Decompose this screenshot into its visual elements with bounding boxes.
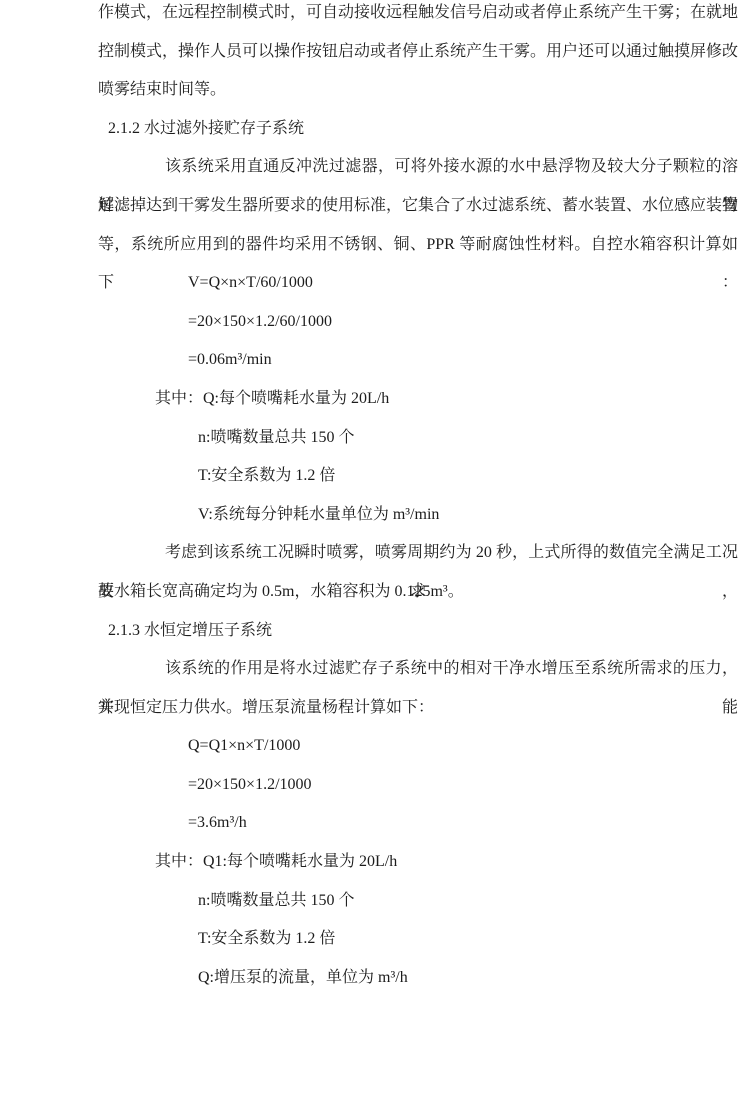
text-line: 过滤掉达到干雾发生器所要求的使用标准，它集合了水过滤系统、蓄水装置、水位感应装置 xyxy=(98,187,738,226)
formula-line: =20×150×1.2/1000 xyxy=(98,766,738,805)
text-line: n:喷嘴数量总共 150 个 xyxy=(98,882,738,921)
formula-line: =20×150×1.2/60/1000 xyxy=(98,303,738,342)
section-heading: 2.1.3 水恒定增压子系统 xyxy=(98,612,738,651)
text-line: 喷雾结束时间等。 xyxy=(98,71,738,110)
text-line: V:系统每分钟耗水量单位为 m³/min xyxy=(98,496,738,535)
section-heading: 2.1.2 水过滤外接贮存子系统 xyxy=(98,110,738,149)
text-line: 该系统采用直通反冲洗过滤器，可将外接水源的水中悬浮物及较大分子颗粒的溶解物 xyxy=(98,148,738,187)
formula-line: =3.6m³/h xyxy=(98,804,738,843)
text-line: 该系统的作用是将水过滤贮存子系统中的相对干净水增压至系统所需求的压力，并能 xyxy=(98,650,738,689)
text-line: 考虑到该系统工况瞬时喷雾，喷雾周期约为 20 秒，上式所得的数值完全满足工况要求… xyxy=(98,534,738,573)
document-body: 作模式，在远程控制模式时，可自动接收远程触发信号启动或者停止系统产生干雾；在就地… xyxy=(98,0,738,997)
text-line: n:喷嘴数量总共 150 个 xyxy=(98,419,738,458)
text-line: 控制模式，操作人员可以操作按钮启动或者停止系统产生干雾。用户还可以通过触摸屏修改 xyxy=(98,33,738,72)
document-page: 作模式，在远程控制模式时，可自动接收远程触发信号启动或者停止系统产生干雾；在就地… xyxy=(0,0,750,1113)
formula-line: Q=Q1×n×T/1000 xyxy=(98,727,738,766)
text-line: 其中：Q1:每个喷嘴耗水量为 20L/h xyxy=(98,843,738,882)
text-line: 作模式，在远程控制模式时，可自动接收远程触发信号启动或者停止系统产生干雾；在就地 xyxy=(98,0,738,33)
text-line: T:安全系数为 1.2 倍 xyxy=(98,920,738,959)
text-line: T:安全系数为 1.2 倍 xyxy=(98,457,738,496)
text-line: Q:增压泵的流量，单位为 m³/h xyxy=(98,959,738,998)
text-line: 其中：Q:每个喷嘴耗水量为 20L/h xyxy=(98,380,738,419)
text-line: 等，系统所应用到的器件均采用不锈钢、铜、PPR 等耐腐蚀性材料。自控水箱容积计算… xyxy=(98,226,738,265)
formula-line: =0.06m³/min xyxy=(98,341,738,380)
